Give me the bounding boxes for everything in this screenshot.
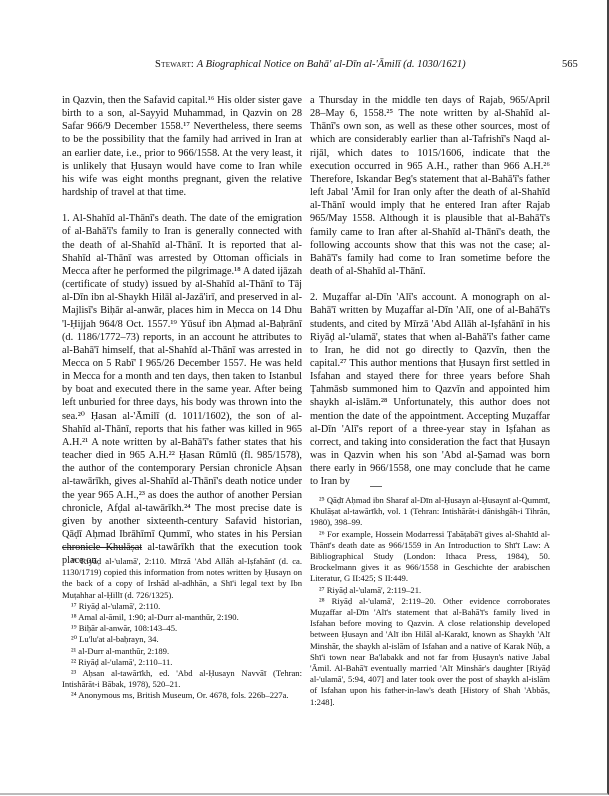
footnote: ²¹ al-Durr al-manthūr, 2:189. (62, 646, 302, 657)
body-paragraph: in Qazvin, then the Safavid capital.¹⁶ H… (62, 94, 302, 199)
footnote: ²⁸ Riyāḍ al-'ulamā', 2:119–20. Other evi… (310, 596, 550, 708)
running-head: Stewart: A Biographical Notice on Bahā' … (155, 59, 575, 70)
footnote-continuation-rule (370, 486, 382, 487)
footnote: ²⁰ Lu'lu'at al-baḥrayn, 34. (62, 634, 302, 645)
right-column: a Thursday in the middle ten days of Raj… (310, 94, 550, 489)
page-number: 565 (562, 59, 578, 70)
footnote: ²³ Aḥsan al-tawārīkh, ed. 'Abd al-Ḥusayn… (62, 668, 302, 690)
body-paragraph: 1. Al-Shahīd al-Thānī's death. The date … (62, 212, 302, 567)
running-head-title: A Biographical Notice on Bahā' al-Dīn al… (197, 59, 466, 70)
footnote: ¹⁸ Amal al-āmil, 1:90; al-Durr al-manthū… (62, 612, 302, 623)
footnote: ¹⁹ Biḥār al-anwār, 108:143–45. (62, 623, 302, 634)
running-head-author: Stewart: (155, 59, 194, 70)
body-paragraph: a Thursday in the middle ten days of Raj… (310, 94, 550, 278)
footnotes-left: ¹⁶ Riyāḍ al-'ulamā', 2:110. Mīrzā 'Abd A… (62, 547, 302, 702)
footnote: ¹⁶ Riyāḍ al-'ulamā', 2:110. Mīrzā 'Abd A… (62, 556, 302, 601)
footnote: ²⁵ Qāḍī Aḥmad ibn Sharaf al-Dīn al-Ḥusay… (310, 495, 550, 529)
body-paragraph: 2. Muẓaffar al-Dīn 'Alī's account. A mon… (310, 291, 550, 488)
footnotes-right: ²⁵ Qāḍī Aḥmad ibn Sharaf al-Dīn al-Ḥusay… (310, 486, 550, 708)
journal-page: Stewart: A Biographical Notice on Bahā' … (0, 0, 609, 795)
footnote: ²² Riyāḍ al-'ulamā', 2:110–11. (62, 657, 302, 668)
footnote: ²⁴ Anonymous ms, British Museum, Or. 467… (62, 690, 302, 701)
footnote: ²⁶ For example, Hossein Modarressi Ṭabāṭ… (310, 529, 550, 585)
left-column: in Qazvin, then the Safavid capital.¹⁶ H… (62, 94, 302, 567)
footnote: ²⁷ Riyāḍ al-'ulamā', 2:119–21. (310, 585, 550, 596)
footnote: ¹⁷ Riyāḍ al-'ulamā', 2:110. (62, 601, 302, 612)
footnote-rule (62, 547, 142, 548)
